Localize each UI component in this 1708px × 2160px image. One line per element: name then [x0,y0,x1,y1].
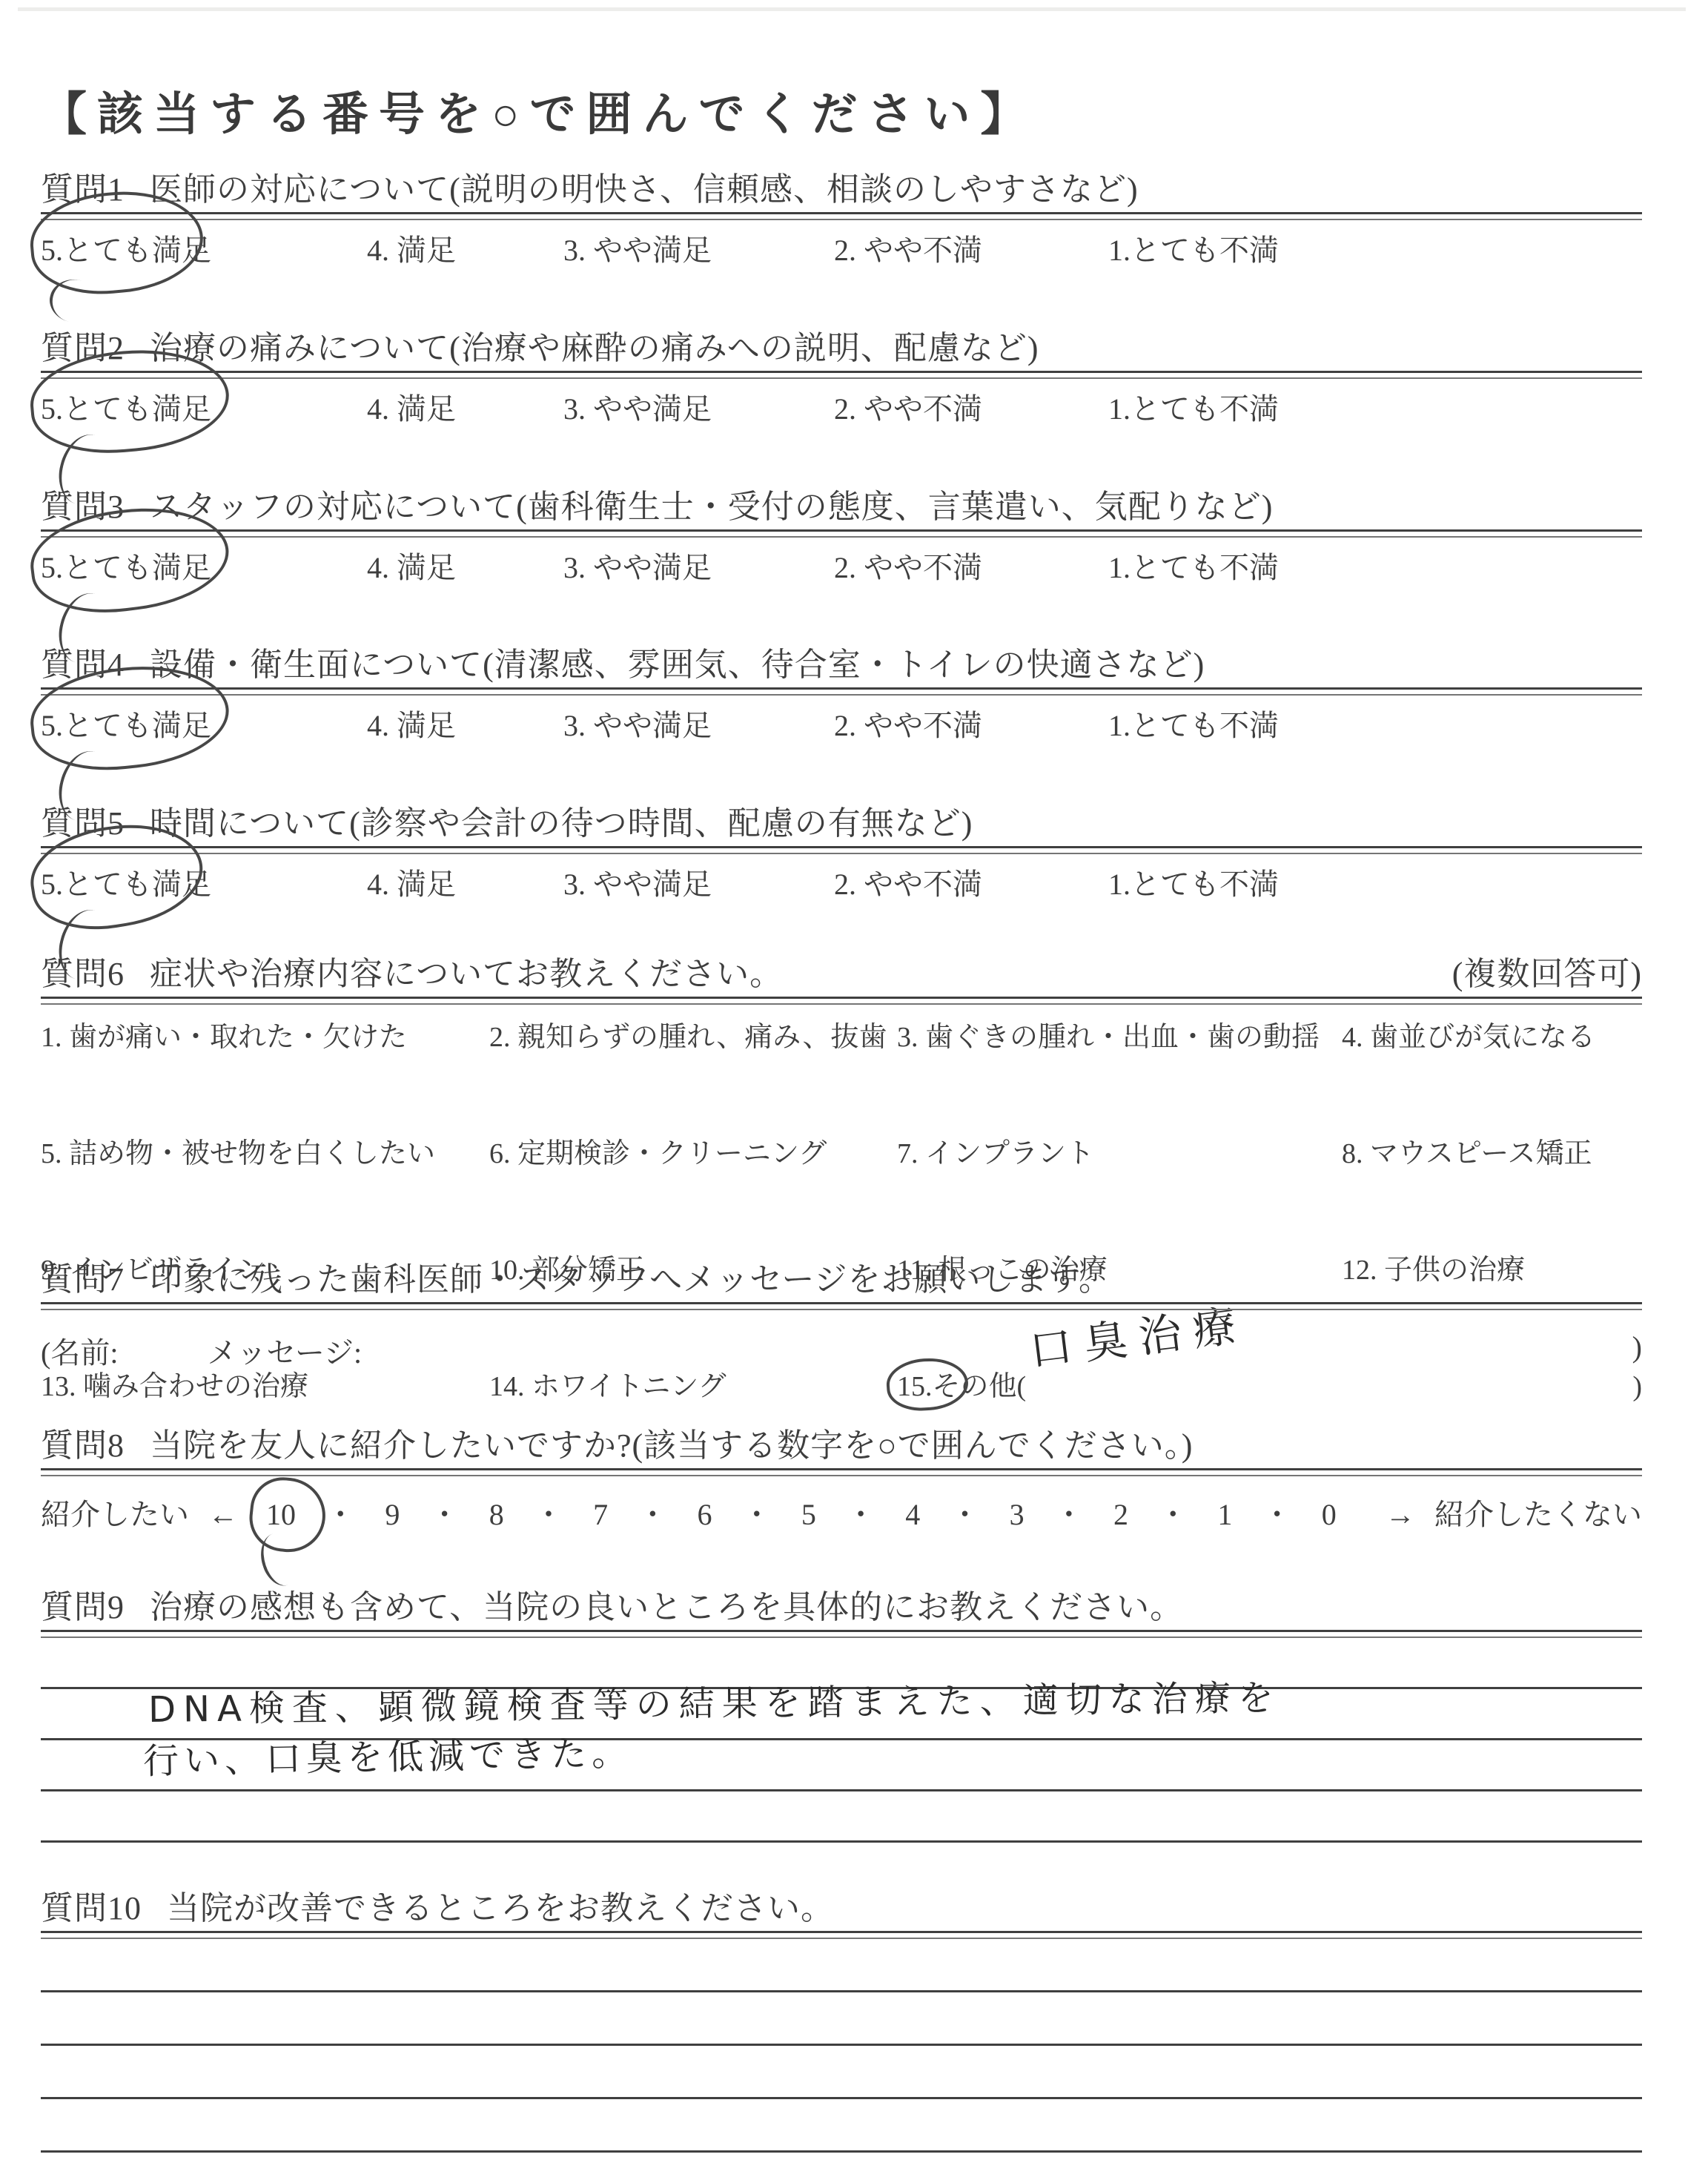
question-3-header: 質問3 スタッフの対応について(歯科衛生士・受付の態度、言葉遣い、気配りなど) [41,488,1642,526]
treatment-option: 5. 詰め物・被せ物を白くしたい [41,1121,489,1238]
option-satisfied: 4. 満足 [367,392,563,426]
question-10-header: 質問10 当院が改善できるところをお教えください。 [41,1889,1642,1928]
question-4-options: 5.とても満足 4. 満足 3. やや満足 2. やや不満 1.とても不満 [41,696,1642,743]
question-7: 質問7 印象に残った歯科医師・スタッフへメッセージをお願いします。 (名前: メ… [41,1261,1642,1372]
option-very-satisfied: 5.とても満足 [41,234,367,268]
option-very-dissatisfied: 1.とても不満 [1108,709,1642,743]
scale-number-6: 6 [698,1497,712,1532]
arrow-right-icon: → [1386,1497,1415,1532]
question-text: スタッフの対応について(歯科衛生士・受付の態度、言葉遣い、気配りなど) [150,488,1273,526]
option-very-dissatisfied: 1.とても不満 [1108,868,1642,902]
dot-separator: ・ [846,1491,875,1533]
question-label: 質問8 [41,1427,125,1465]
question-2: 質問2 治療の痛みについて(治療や麻酔の痛みへの説明、配慮など) 5.とても満足… [41,329,1642,426]
header-rule [41,1630,1642,1638]
option-very-satisfied: 5.とても満足 [41,551,367,585]
scale-numbers: 10 ・ 9 ・ 8 ・ 7 ・ 6 ・ 5 ・ 4 ・ 3 ・ 2 ・ 1 ・… [257,1491,1366,1533]
question-label: 質問10 [41,1889,142,1928]
question-text: 症状や治療内容についてお教えください。 [150,955,783,994]
answer-line [41,1992,1642,2046]
other-option-label: 15.その他( [897,1371,1026,1402]
multiple-answers-note: (複数回答可) [1452,955,1642,994]
header-rule [41,846,1642,854]
answer-area: DNA検査、顕微鏡検査等の結果を踏まえた、適切な治療を 行い、口臭を低減できた。 [41,1638,1642,1843]
answer-line [41,2046,1642,2099]
dot-separator: ・ [1262,1491,1292,1533]
scanned-survey-page: { "page": { "title": "【該当する番号を○で囲んでください】… [0,0,1708,2160]
option-somewhat-dissatisfied: 2. やや不満 [834,868,1108,902]
dot-separator: ・ [534,1491,563,1533]
answer-area [41,1939,1642,2153]
option-somewhat-satisfied: 3. やや満足 [563,551,834,585]
option-very-satisfied: 5.とても満足 [41,392,367,426]
scale-number-8: 8 [489,1497,504,1532]
answer-line [41,1791,1642,1843]
treatment-option: 6. 定期検診・クリーニング [489,1121,897,1238]
question-4: 質問4 設備・衛生面について(清潔感、雰囲気、待合室・トイレの快適さなど) 5.… [41,646,1642,743]
scale-number-4: 4 [905,1497,920,1532]
arrow-left-icon: ← [208,1497,238,1532]
header-rule [41,997,1642,1005]
question-label: 質問7 [41,1261,125,1299]
question-4-header: 質問4 設備・衛生面について(清潔感、雰囲気、待合室・トイレの快適さなど) [41,646,1642,684]
option-somewhat-satisfied: 3. やや満足 [563,392,834,426]
dot-separator: ・ [1158,1491,1188,1533]
header-rule [41,1468,1642,1476]
option-very-satisfied: 5.とても満足 [41,868,367,902]
question-text: 時間について(診察や会計の待つ時間、配慮の有無など) [150,805,973,843]
scale-number-10: 10 [266,1497,296,1532]
option-somewhat-satisfied: 3. やや満足 [563,709,834,743]
header-rule [41,371,1642,379]
scale-right-label: 紹介したくない [1434,1491,1642,1533]
option-somewhat-satisfied: 3. やや満足 [563,234,834,268]
option-somewhat-dissatisfied: 2. やや不満 [834,551,1108,585]
question-5-options: 5.とても満足 4. 満足 3. やや満足 2. やや不満 1.とても不満 [41,854,1642,902]
option-somewhat-dissatisfied: 2. やや不満 [834,234,1108,268]
question-6-header: 質問6 症状や治療内容についてお教えください。 (複数回答可) [41,955,1642,994]
handwritten-answer-line2: 行い、口臭を低減できた。 [142,1724,632,1784]
treatment-option: 8. マウスピース矯正 [1342,1121,1642,1238]
question-9: 質問9 治療の感想も含めて、当院の良いところを具体的にお教えください。 DNA検… [41,1588,1642,1843]
dot-separator: ・ [638,1491,667,1533]
option-somewhat-satisfied: 3. やや満足 [563,868,834,902]
header-rule [41,212,1642,220]
question-6: 質問6 症状や治療内容についてお教えください。 (複数回答可) 1. 歯が痛い・… [41,955,1642,1470]
scale-number-0: 0 [1322,1497,1337,1532]
question-label: 質問5 [41,805,125,843]
option-somewhat-dissatisfied: 2. やや不満 [834,392,1108,426]
question-label: 質問2 [41,329,125,368]
option-satisfied: 4. 満足 [367,868,563,902]
treatment-option: 4. 歯並びが気になる [1342,1005,1642,1121]
question-text: 医師の対応について(説明の明快さ、信頼感、相談のしやすさなど) [150,171,1139,209]
question-1: 質問1 医師の対応について(説明の明快さ、信頼感、相談のしやすさなど) 5.とて… [41,171,1642,268]
question-1-options: 5.とても満足 4. 満足 3. やや満足 2. やや不満 1.とても不満 [41,220,1642,268]
dot-separator: ・ [325,1491,355,1533]
dot-separator: ・ [430,1491,460,1533]
question-text: 設備・衛生面について(清潔感、雰囲気、待合室・トイレの快適さなど) [150,646,1205,684]
treatment-option: 1. 歯が痛い・取れた・欠けた [41,1005,489,1121]
option-very-dissatisfied: 1.とても不満 [1108,551,1642,585]
question-8: 質問8 当院を友人に紹介したいですか?(該当する数字を○で囲んでください。) 紹… [41,1427,1642,1533]
scale-number-7: 7 [593,1497,608,1532]
option-very-dissatisfied: 1.とても不満 [1108,234,1642,268]
option-very-dissatisfied: 1.とても不満 [1108,392,1642,426]
question-label: 質問6 [41,955,125,994]
option-satisfied: 4. 満足 [367,234,563,268]
scan-edge-artifact [18,7,1686,11]
name-message-row: (名前: メッセージ: ) [41,1310,1642,1372]
answer-line [41,2099,1642,2153]
option-satisfied: 4. 満足 [367,551,563,585]
header-rule [41,1302,1642,1310]
question-text: 治療の痛みについて(治療や麻酔の痛みへの説明、配慮など) [150,329,1039,368]
question-3: 質問3 スタッフの対応について(歯科衛生士・受付の態度、言葉遣い、気配りなど) … [41,488,1642,585]
handwritten-pen-tail [254,1528,306,1591]
answer-line [41,1939,1642,1992]
recommendation-scale: 紹介したい ← 10 ・ 9 ・ 8 ・ 7 ・ 6 ・ 5 ・ 4 ・ 3 ・… [41,1476,1642,1533]
treatment-option: 2. 親知らずの腫れ、痛み、抜歯 [489,1005,897,1121]
question-2-header: 質問2 治療の痛みについて(治療や麻酔の痛みへの説明、配慮など) [41,329,1642,368]
question-text: 印象に残った歯科医師・スタッフへメッセージをお願いします。 [150,1261,1112,1299]
treatment-option: 3. 歯ぐきの腫れ・出血・歯の動揺 [897,1005,1342,1121]
treatment-option: 7. インプラント [897,1121,1342,1238]
dot-separator: ・ [950,1491,979,1533]
scale-number-2: 2 [1113,1497,1128,1532]
question-text: 当院を友人に紹介したいですか?(該当する数字を○で囲んでください。) [150,1427,1193,1465]
option-somewhat-dissatisfied: 2. やや不満 [834,709,1108,743]
question-9-header: 質問9 治療の感想も含めて、当院の良いところを具体的にお教えください。 [41,1588,1642,1627]
scale-number-5: 5 [801,1497,816,1532]
header-rule [41,529,1642,538]
question-5-header: 質問5 時間について(診察や会計の待つ時間、配慮の有無など) [41,805,1642,843]
scale-number-1: 1 [1217,1497,1232,1532]
scale-number-3: 3 [1010,1497,1025,1532]
option-very-satisfied: 5.とても満足 [41,709,367,743]
message-field-label: メッセージ: [207,1330,362,1372]
question-1-header: 質問1 医師の対応について(説明の明快さ、信頼感、相談のしやすさなど) [41,171,1642,209]
question-label: 質問3 [41,488,125,526]
header-rule [41,687,1642,696]
scale-left-label: 紹介したい [41,1491,189,1533]
dot-separator: ・ [1054,1491,1084,1533]
close-paren: ) [1632,1330,1642,1372]
question-10: 質問10 当院が改善できるところをお教えください。 [41,1889,1642,2153]
question-5: 質問5 時間について(診察や会計の待つ時間、配慮の有無など) 5.とても満足 4… [41,805,1642,902]
question-text: 治療の感想も含めて、当院の良いところを具体的にお教えください。 [150,1588,1183,1627]
question-7-header: 質問7 印象に残った歯科医師・スタッフへメッセージをお願いします。 [41,1261,1642,1299]
treatment-options-grid: 1. 歯が痛い・取れた・欠けた 2. 親知らずの腫れ、痛み、抜歯 3. 歯ぐきの… [41,1005,1642,1470]
question-label: 質問9 [41,1588,125,1627]
handwritten-pen-tail [45,274,105,328]
question-text: 当院が改善できるところをお教えください。 [167,1889,834,1928]
question-label: 質問4 [41,646,125,684]
option-satisfied: 4. 満足 [367,709,563,743]
question-3-options: 5.とても満足 4. 満足 3. やや満足 2. やや不満 1.とても不満 [41,538,1642,585]
question-8-header: 質問8 当院を友人に紹介したいですか?(該当する数字を○で囲んでください。) [41,1427,1642,1465]
page-title: 【該当する番号を○で囲んでください】 [41,77,1036,143]
question-label: 質問1 [41,171,125,209]
name-field-label: (名前: [41,1330,118,1372]
dot-separator: ・ [742,1491,772,1533]
question-2-options: 5.とても満足 4. 満足 3. やや満足 2. やや不満 1.とても不満 [41,379,1642,426]
scale-number-9: 9 [385,1497,400,1532]
header-rule [41,1931,1642,1939]
